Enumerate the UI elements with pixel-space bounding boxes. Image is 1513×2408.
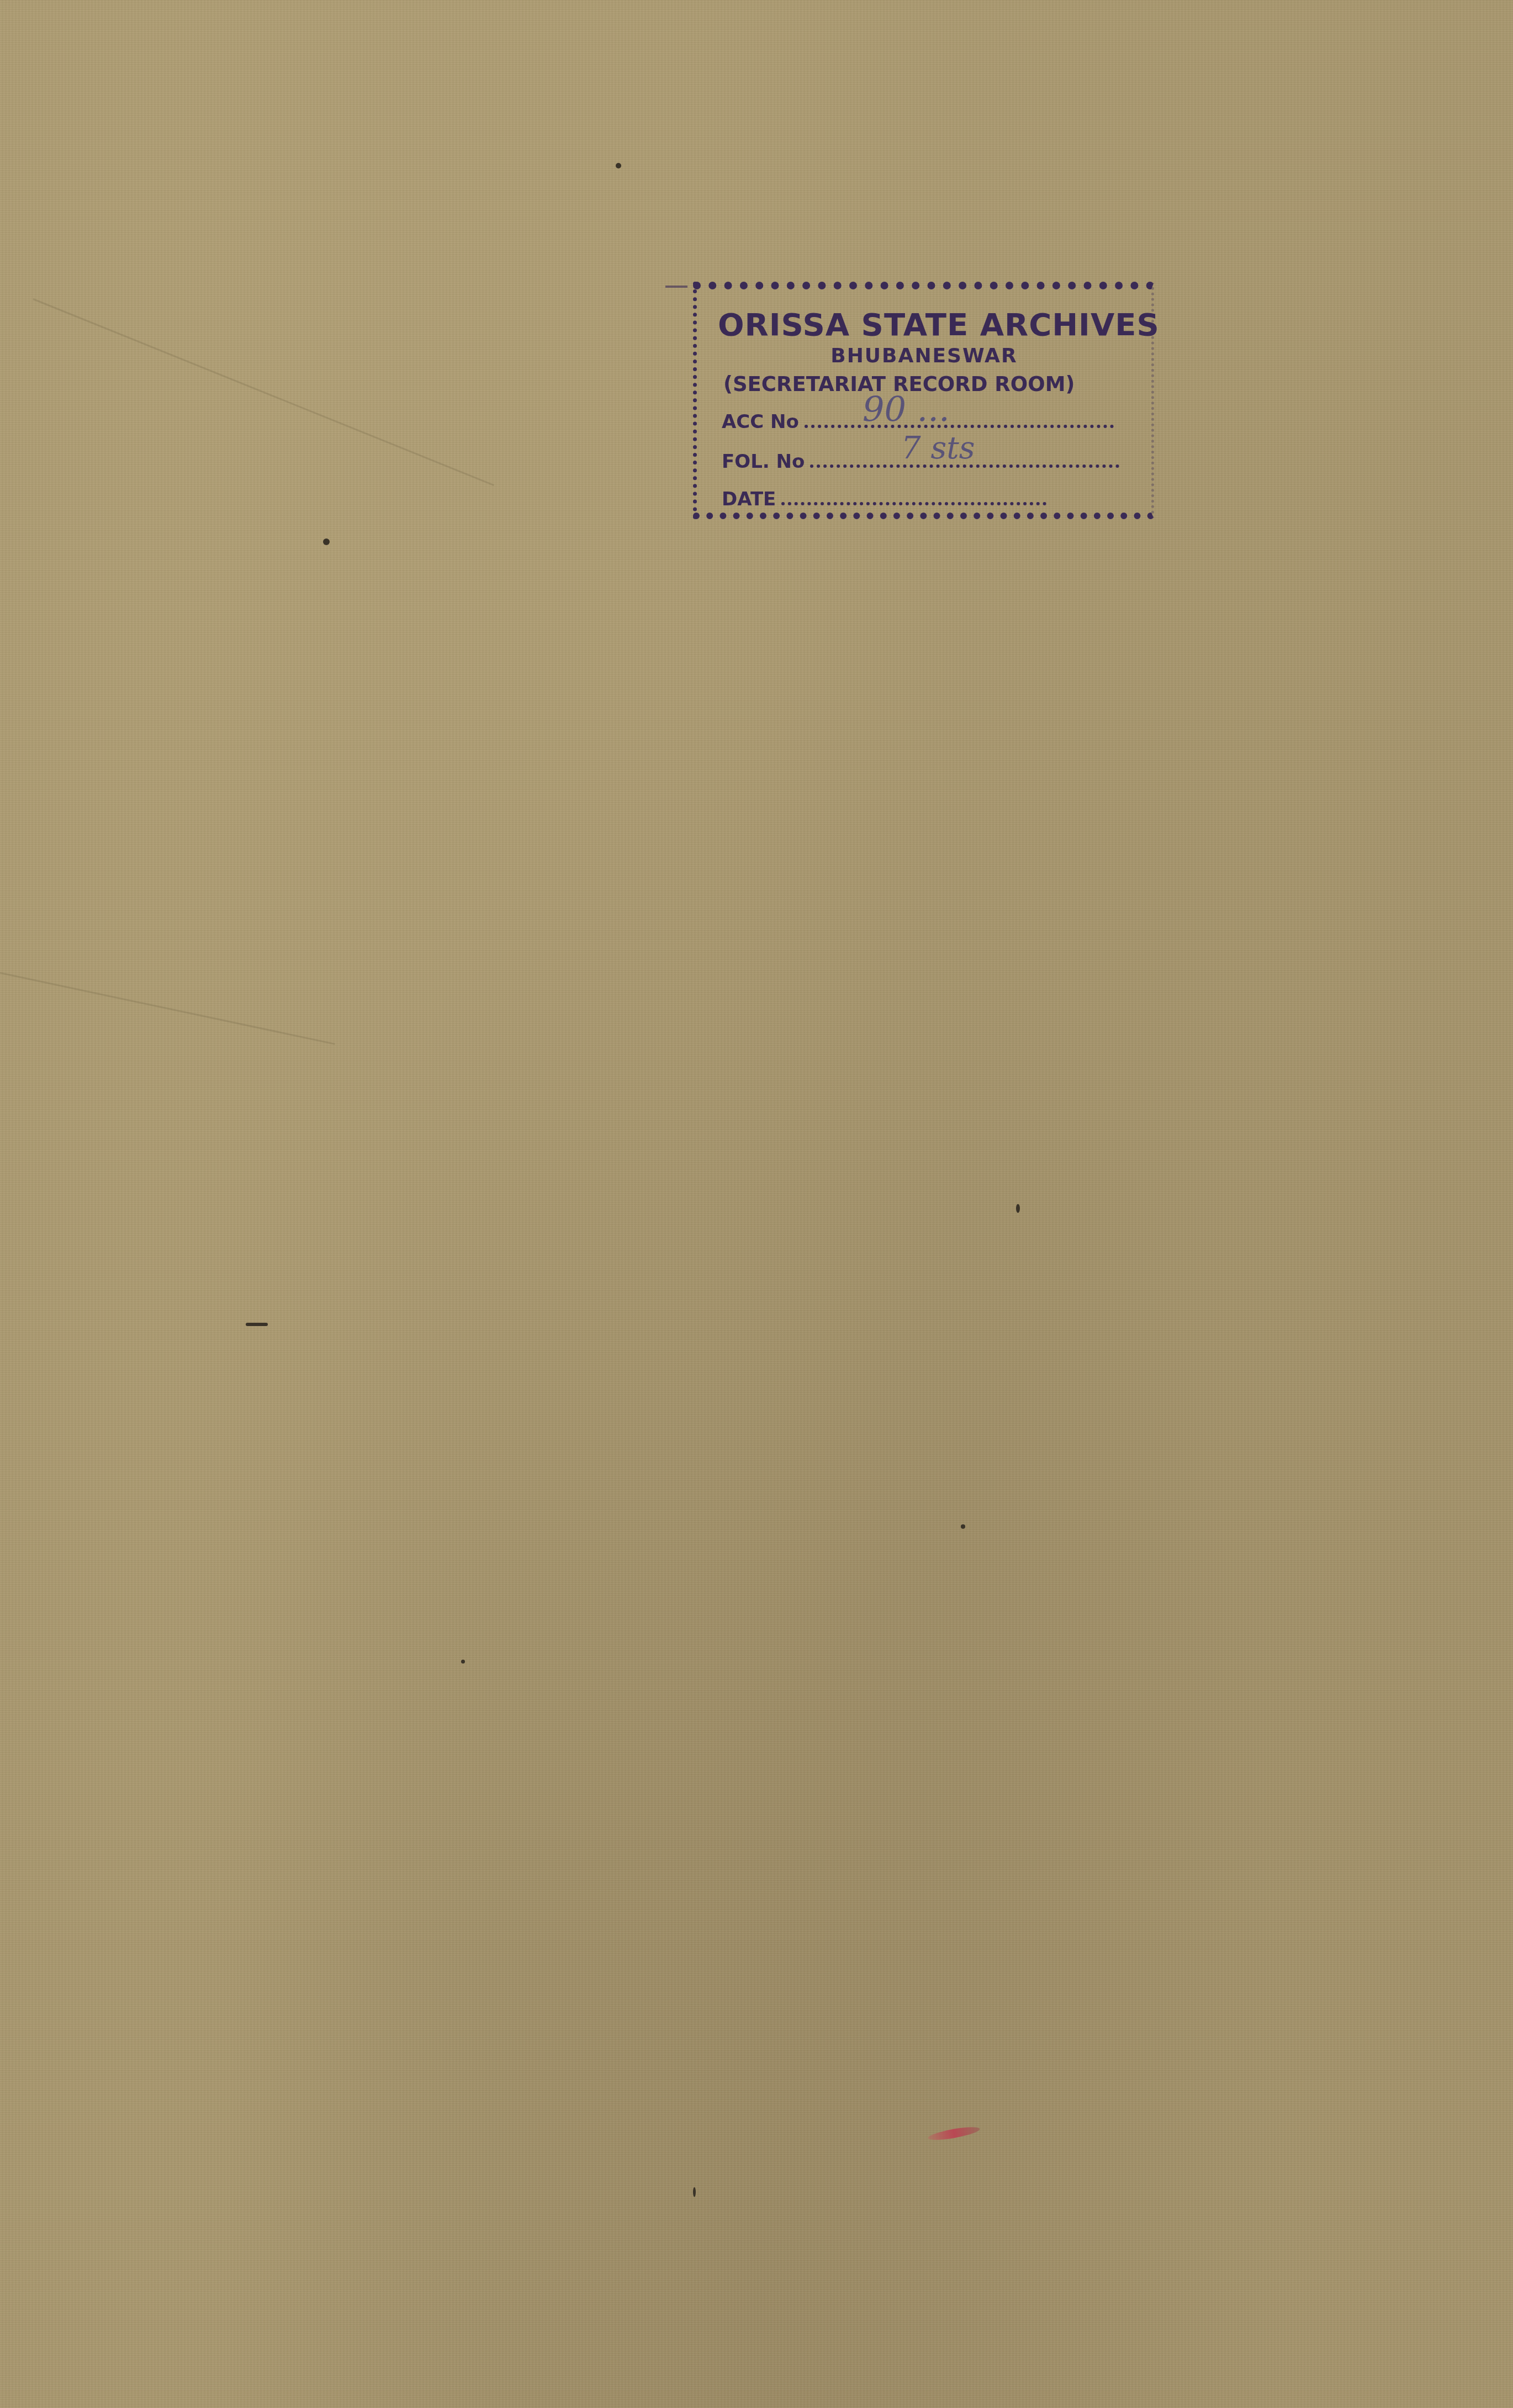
ink-fleck bbox=[616, 163, 621, 168]
stamp-edge-mark bbox=[665, 286, 687, 288]
ink-fleck bbox=[323, 538, 330, 545]
ink-fleck bbox=[461, 1660, 465, 1664]
paper-crease bbox=[0, 972, 335, 1045]
fol-no-label: FOL. No bbox=[722, 451, 805, 473]
red-ink-smudge bbox=[927, 2125, 980, 2142]
dotted-line bbox=[805, 419, 1114, 428]
date-field: DATE bbox=[722, 488, 1046, 510]
ink-fleck bbox=[1016, 1204, 1020, 1213]
fol-no-value: 7 sts bbox=[901, 430, 975, 466]
acc-no-value: 90 ... bbox=[863, 389, 950, 429]
dotted-line bbox=[781, 497, 1046, 505]
ink-fleck bbox=[246, 1323, 268, 1326]
acc-no-label: ACC No bbox=[722, 411, 799, 433]
date-label: DATE bbox=[722, 488, 776, 510]
ink-fleck bbox=[961, 1524, 965, 1529]
stamp-title: ORISSA STATE ARCHIVES bbox=[718, 307, 1160, 343]
archives-stamp: ORISSA STATE ARCHIVES BHUBANESWAR (SECRE… bbox=[693, 282, 1154, 519]
ink-fleck bbox=[693, 2187, 696, 2197]
paper-crease bbox=[33, 298, 494, 486]
stamp-city: BHUBANESWAR bbox=[697, 345, 1151, 367]
